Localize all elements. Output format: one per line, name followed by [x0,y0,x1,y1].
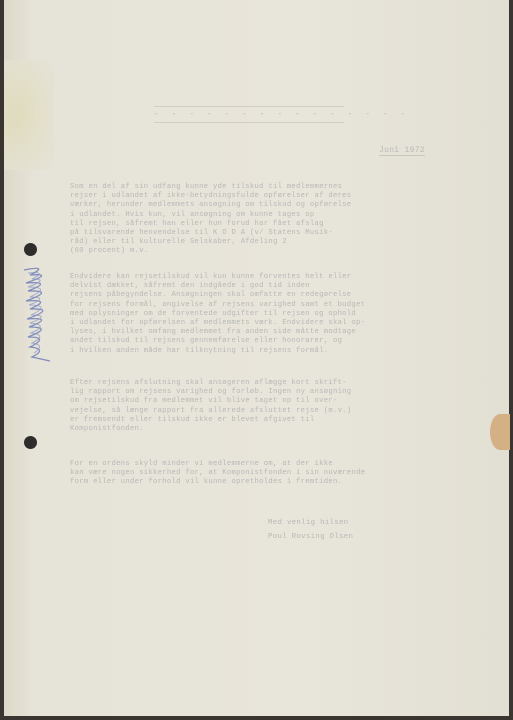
closing-block: Med venlig hilsen Poul Rovsing Olsen [268,516,353,544]
paper-stain [4,60,54,170]
punch-hole-top [24,243,37,256]
paragraph-4: For en ordens skyld minder vi medlemmern… [70,460,365,488]
letter-date: Juni 1972 [379,146,425,156]
paragraph-3: Efter rejsens afslutning skal ansøgeren … [70,379,351,434]
closing-salutation: Med venlig hilsen [268,519,349,527]
paragraph-1: Som en del af sin udfang kunne yde tilsk… [70,183,351,257]
letterhead-rule-bottom [154,122,344,123]
signatory-name: Poul Rovsing Olsen [268,533,353,541]
paragraph-2: Endvidere kan rejsetilskud vil kun kunne… [70,273,365,356]
letterhead-rule-top [154,106,344,107]
tape-stain [490,414,510,450]
letterhead: - - - - - - - - - - - - - - - [154,110,409,119]
punch-hole-bottom [24,436,37,449]
margin-scribble-icon [20,265,60,365]
letter-page: - - - - - - - - - - - - - - - Juni 1972 … [4,0,509,716]
